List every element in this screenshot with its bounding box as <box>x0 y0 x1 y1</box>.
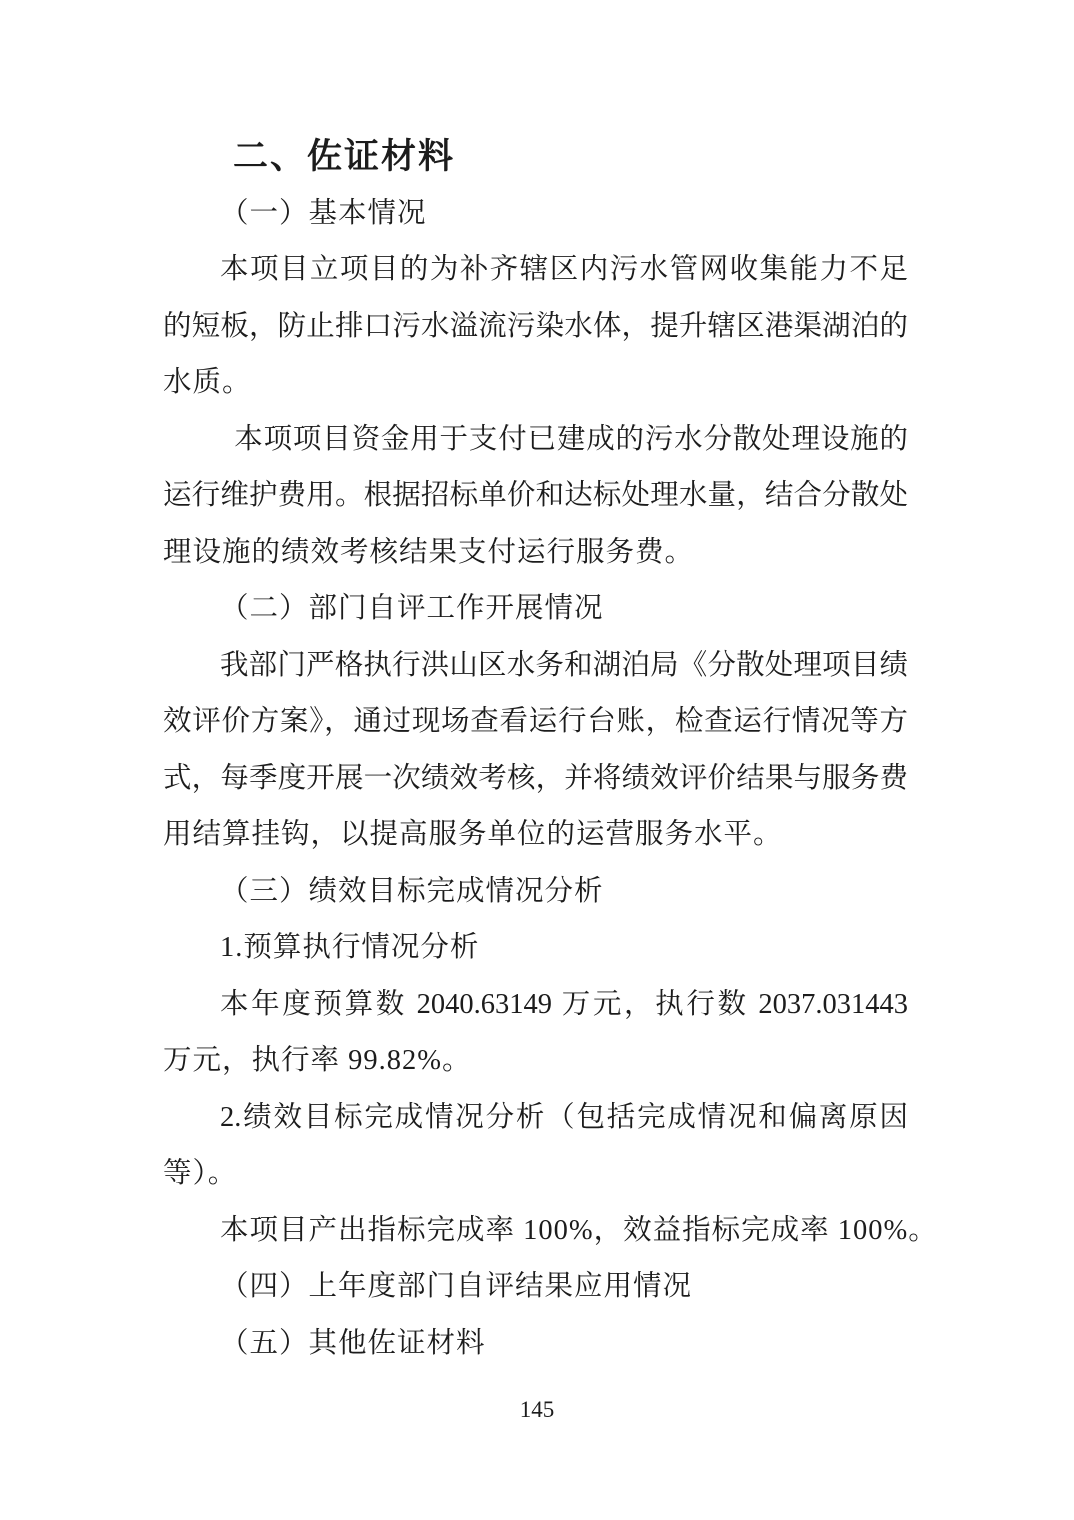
subsection-heading: （三）绩效目标完成情况分析 <box>163 864 908 921</box>
body-line: 效评价方案》，通过现场查看运行台账，检查运行情况等方 <box>163 694 908 751</box>
body-line: 我部门严格执行洪山区水务和湖泊局《分散处理项目绩 <box>163 638 908 695</box>
body-line: 式，每季度开展一次绩效考核，并将绩效评价结果与服务费 <box>163 751 908 808</box>
subsection-heading: （二）部门自评工作开展情况 <box>163 581 908 638</box>
body-line: 本项目产出指标完成率 100%，效益指标完成率 100%。 <box>163 1203 908 1260</box>
body-line: 用结算挂钩，以提高服务单位的运营服务水平。 <box>163 807 908 864</box>
body-line: 本年度预算数 2040.63149 万元，执行数 2037.031443 <box>163 977 908 1034</box>
page-number: 145 <box>0 1395 1074 1425</box>
numbered-heading: 1.预算执行情况分析 <box>163 920 908 977</box>
body-line: 等）。 <box>163 1146 908 1203</box>
numbered-heading: 2.绩效目标完成情况分析（包括完成情况和偏离原因 <box>163 1090 908 1147</box>
body-line: 理设施的绩效考核结果支付运行服务费。 <box>163 525 908 582</box>
section-heading: 二、佐证材料 <box>163 129 908 186</box>
document-page: 二、佐证材料（一）基本情况本项目立项目的为补齐辖区内污水管网收集能力不足的短板，… <box>0 0 1074 1520</box>
body-line: 水质。 <box>163 355 908 412</box>
body-line: 本项目立项目的为补齐辖区内污水管网收集能力不足 <box>163 242 908 299</box>
subsection-heading: （五）其他佐证材料 <box>163 1316 908 1373</box>
body-line: 的短板，防止排口污水溢流污染水体，提升辖区港渠湖泊的 <box>163 299 908 356</box>
body-line: 运行维护费用。根据招标单价和达标处理水量，结合分散处 <box>163 468 908 525</box>
subsection-heading: （一）基本情况 <box>163 186 908 243</box>
body-line: 万元，执行率 99.82%。 <box>163 1033 908 1090</box>
subsection-heading: （四）上年度部门自评结果应用情况 <box>163 1259 908 1316</box>
document-body: 二、佐证材料（一）基本情况本项目立项目的为补齐辖区内污水管网收集能力不足的短板，… <box>163 129 908 1372</box>
body-line: 本项项目资金用于支付已建成的污水分散处理设施的 <box>163 412 908 469</box>
